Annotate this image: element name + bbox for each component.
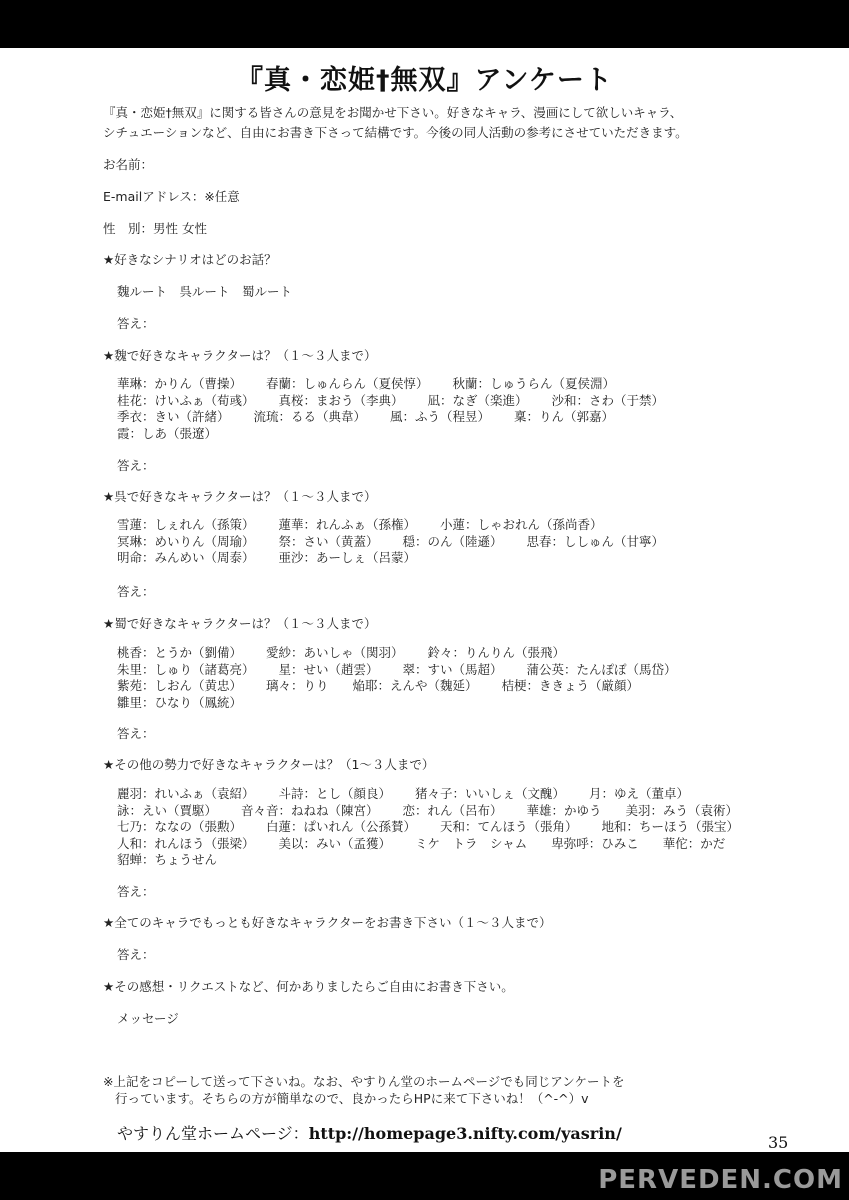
character-entry: 地和：ちーほう（張宝） (602, 819, 740, 834)
wu-question: ★呉で好きなキャラクターは？（１～３人まで） (103, 487, 376, 505)
wu-row: 冥琳：めいりん（周瑜） 祭：さい（黄蓋） 穏：のん（陸遜） 思春：ししゅん（甘寧… (117, 534, 684, 551)
shu-answer-label: 答え： (117, 724, 155, 742)
character-entry: 卑弥呼：ひみこ (551, 836, 639, 851)
character-entry: 季衣：きい（許緒） (117, 409, 230, 424)
character-entry: 猪々子：いいしぇ（文醜） (415, 786, 565, 801)
shu-character-list: 桃香：とうか（劉備） 愛紗：あいしゃ（関羽） 鈴々：りんりん（張飛） 朱里：しゅ… (117, 645, 697, 711)
character-entry: 美以：みい（孟獲） (279, 836, 392, 851)
character-entry: 恋：れん（呂布） (403, 803, 503, 818)
character-entry: 貂蝉：ちょうせん (117, 852, 217, 867)
character-entry: 蒲公英：たんぽぽ（馬岱） (527, 662, 677, 677)
shu-row: 雛里：ひなり（鳳統） (117, 695, 697, 712)
character-entry: 祭：さい（黄蓋） (279, 534, 379, 549)
other-character-list: 麗羽：れいふぁ（袁紹） 斗詩：とし（顔良） 猪々子：いいしぇ（文醜） 月：ゆえ（… (117, 786, 759, 869)
character-entry: 華佗：かだ (663, 836, 726, 851)
character-entry: 桔梗：ききょう（厳顔） (502, 678, 640, 693)
character-entry: 朱里：しゅり（諸葛亮） (117, 662, 255, 677)
shu-row: 桃香：とうか（劉備） 愛紗：あいしゃ（関羽） 鈴々：りんりん（張飛） (117, 645, 697, 662)
wei-question: ★魏で好きなキャラクターは？（１～３人まで） (103, 346, 376, 364)
wei-row: 桂花：けいふぁ（荀彧） 真桜：まおう（李典） 凪：なぎ（楽進） 沙和：さわ（于禁… (117, 393, 684, 410)
other-row: 貂蝉：ちょうせん (117, 852, 759, 869)
homepage-line: やすりん堂ホームページ：http://homepage3.nifty.com/y… (117, 1121, 622, 1144)
shu-question: ★蜀で好きなキャラクターは？（１～３人まで） (103, 614, 376, 632)
character-entry: 音々音：ねねね（陳宮） (241, 803, 379, 818)
comments-question: ★その感想・リクエストなど、何かありましたらご自由にお書き下さい。 (103, 977, 514, 995)
character-entry: 流琉：るる（典韋） (254, 409, 367, 424)
character-entry: ミケ トラ シャム (415, 836, 527, 851)
wu-row: 明命：みんめい（周泰） 亜沙：あーしぇ（呂蒙） (117, 550, 684, 567)
character-entry: 月：ゆえ（董卓） (589, 786, 689, 801)
character-entry: 桂花：けいふぁ（荀彧） (117, 393, 255, 408)
page-title: 『真・恋姫†無双』アンケート (0, 58, 849, 97)
other-question: ★その他の勢力で好きなキャラクターは？（1～３人まで） (103, 755, 434, 773)
wei-row: 季衣：きい（許緒） 流琉：るる（典韋） 風：ふう（程昱） 稟：りん（郭嘉） (117, 409, 684, 426)
character-entry: 愛紗：あいしゃ（関羽） (266, 645, 404, 660)
intro-text: 『真・恋姫†無双』に関する皆さんの意見をお聞かせ下さい。好きなキャラ、漫画にして… (103, 103, 763, 143)
other-row: 詠：えい（賈駆） 音々音：ねねね（陳宮） 恋：れん（呂布） 華雄：かゆう 美羽：… (117, 803, 759, 820)
homepage-url[interactable]: http://homepage3.nifty.com/yasrin/ (309, 1124, 622, 1143)
shu-row: 朱里：しゅり（諸葛亮） 星：せい（趙雲） 翠：すい（馬超） 蒲公英：たんぽぽ（馬… (117, 662, 697, 679)
email-field: E-mailアドレス：※任意 (103, 187, 240, 205)
other-row: 七乃：ななの（張勲） 白蓮：ぱいれん（公孫賛） 天和：てんほう（張角） 地和：ち… (117, 819, 759, 836)
character-entry: 凪：なぎ（楽進） (428, 393, 528, 408)
wu-row: 雪蓮：しぇれん（孫策） 蓮華：れんふぁ（孫権） 小蓮：しゃおれん（孫尚香） (117, 517, 684, 534)
wei-row: 霞：しあ（張遼） (117, 426, 684, 443)
character-entry: 雪蓮：しぇれん（孫策） (117, 517, 255, 532)
intro-line-1: 『真・恋姫†無双』に関する皆さんの意見をお聞かせ下さい。好きなキャラ、漫画にして… (103, 103, 763, 123)
character-entry: 美羽：みう（袁術） (626, 803, 739, 818)
character-entry: 紫苑：しおん（黄忠） (117, 678, 242, 693)
favorite-answer-label: 答え： (117, 945, 155, 963)
other-answer-label: 答え： (117, 882, 155, 900)
character-entry: 華琳：かりん（曹操） (117, 376, 242, 391)
character-entry: 麗羽：れいふぁ（袁紹） (117, 786, 255, 801)
character-entry: 亜沙：あーしぇ（呂蒙） (279, 550, 417, 565)
footer-note-line-2: 行っています。そちらの方が簡単なので、良かったらHPに来て下さいね！（^-^）v (103, 1090, 624, 1107)
favorite-question: ★全てのキャラでもっとも好きなキャラクターをお書き下さい（１～３人まで） (103, 913, 551, 931)
name-field: お名前： (103, 155, 153, 173)
character-entry: 璃々：りり (266, 678, 329, 693)
wei-row: 華琳：かりん（曹操） 春蘭：しゅんらん（夏侯惇） 秋蘭：しゅうらん（夏侯淵） (117, 376, 684, 393)
character-entry: 蓮華：れんふぁ（孫権） (279, 517, 417, 532)
watermark-logo: PERVEDEN.COM (598, 1165, 843, 1195)
character-entry: 霞：しあ（張遼） (117, 426, 217, 441)
scenario-options: 魏ルート 呉ルート 蜀ルート (117, 282, 292, 300)
character-entry: 風：ふう（程昱） (390, 409, 490, 424)
character-entry: 秋蘭：しゅうらん（夏侯淵） (453, 376, 616, 391)
character-entry: 人和：れんほう（張梁） (117, 836, 255, 851)
scenario-question: ★好きなシナリオはどのお話？ (103, 250, 277, 268)
intro-line-2: シチュエーションなど、自由にお書き下さって結構です。今後の同人活動の参考にさせて… (103, 123, 763, 143)
homepage-label: やすりん堂ホームページ： (117, 1124, 309, 1143)
page-number: 35 (768, 1133, 788, 1152)
character-entry: 焔耶：えんや（魏延） (353, 678, 478, 693)
character-entry: 七乃：ななの（張勲） (117, 819, 242, 834)
character-entry: 星：せい（趙雲） (279, 662, 379, 677)
character-entry: 小蓮：しゃおれん（孫尚香） (440, 517, 603, 532)
wei-answer-label: 答え： (117, 456, 155, 474)
character-entry: 鈴々：りんりん（張飛） (428, 645, 566, 660)
wei-character-list: 華琳：かりん（曹操） 春蘭：しゅんらん（夏侯惇） 秋蘭：しゅうらん（夏侯淵） 桂… (117, 376, 684, 442)
character-entry: 春蘭：しゅんらん（夏侯惇） (266, 376, 429, 391)
character-entry: 天和：てんほう（張角） (440, 819, 578, 834)
wu-character-list: 雪蓮：しぇれん（孫策） 蓮華：れんふぁ（孫権） 小蓮：しゃおれん（孫尚香） 冥琳… (117, 517, 684, 567)
character-entry: 桃香：とうか（劉備） (117, 645, 242, 660)
top-black-band (0, 0, 849, 48)
character-entry: 斗詩：とし（顔良） (279, 786, 392, 801)
message-label: メッセージ (117, 1009, 179, 1027)
character-entry: 翠：すい（馬超） (403, 662, 503, 677)
other-row: 麗羽：れいふぁ（袁紹） 斗詩：とし（顔良） 猪々子：いいしぇ（文醜） 月：ゆえ（… (117, 786, 759, 803)
character-entry: 稟：りん（郭嘉） (514, 409, 614, 424)
wu-answer-label: 答え： (117, 582, 155, 600)
footer-note: ※上記をコピーして送って下さいね。なお、やすりん堂のホームページでも同じアンケー… (103, 1073, 624, 1107)
character-entry: 冥琳：めいりん（周瑜） (117, 534, 255, 549)
character-entry: 詠：えい（賈駆） (117, 803, 217, 818)
character-entry: 真桜：まおう（李典） (279, 393, 404, 408)
footer-note-line-1: ※上記をコピーして送って下さいね。なお、やすりん堂のホームページでも同じアンケー… (103, 1073, 624, 1090)
character-entry: 華雄：かゆう (527, 803, 602, 818)
character-entry: 穏：のん（陸遜） (403, 534, 503, 549)
character-entry: 思春：ししゅん（甘寧） (527, 534, 665, 549)
character-entry: 明命：みんめい（周泰） (117, 550, 255, 565)
character-entry: 白蓮：ぱいれん（公孫賛） (266, 819, 416, 834)
shu-row: 紫苑：しおん（黄忠） 璃々：りり 焔耶：えんや（魏延） 桔梗：ききょう（厳顔） (117, 678, 697, 695)
other-row: 人和：れんほう（張梁） 美以：みい（孟獲） ミケ トラ シャム 卑弥呼：ひみこ … (117, 836, 759, 853)
character-entry: 沙和：さわ（于禁） (552, 393, 665, 408)
gender-field: 性 別：男性 女性 (103, 219, 207, 237)
scenario-answer-label: 答え： (117, 314, 155, 332)
character-entry: 雛里：ひなり（鳳統） (117, 695, 242, 710)
